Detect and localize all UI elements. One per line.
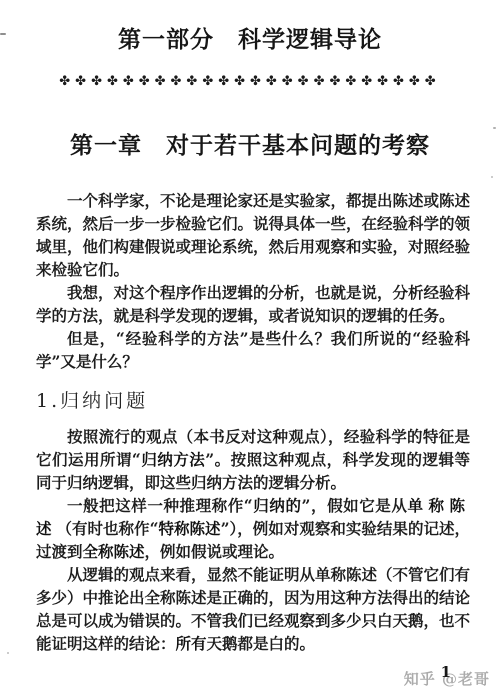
paragraph-4: 按照流行的观点（本书反对这种观点），经验科学的特征是它们运用所谓“归纳方法”。按…: [36, 425, 470, 494]
paragraph-5: 一般把这样一种推理称作“归纳的”，假如它是从单称陈述（有时也称作“特称陈述”），…: [36, 494, 470, 563]
scan-artifact: [491, 176, 493, 178]
paragraph-1: 一个科学家，不论是理论家还是实验家，都提出陈述或陈述系统，然后一步一步检验它们。…: [36, 189, 470, 281]
scan-artifact: [7, 652, 9, 654]
page-number: 1: [441, 663, 451, 681]
chapter-title: 第一章 对于若干基本问题的考察: [0, 130, 500, 162]
body-text: 一个科学家，不论是理论家还是实验家，都提出陈述或陈述系统，然后一步一步检验它们。…: [36, 189, 470, 655]
ornamental-divider: ✤✤✤✤✤✤✤✤✤✤✤✤✤✤✤✤✤✤✤✤✤✤✤✤: [0, 72, 500, 92]
paragraph-3: 但是，“经验科学的方法”是些什么？我们所说的“经验科学”又是什么？: [36, 327, 470, 373]
part-title: 第一部分 科学逻辑导论: [0, 0, 500, 56]
book-page: 第一部分 科学逻辑导论 ✤✤✤✤✤✤✤✤✤✤✤✤✤✤✤✤✤✤✤✤✤✤✤✤ 第一章…: [0, 0, 500, 700]
paragraph-6: 从逻辑的观点来看，显然不能证明从单称陈述（不管它们有多少）中推论出全称陈述是正确…: [36, 563, 470, 655]
scan-artifact: [493, 127, 496, 129]
paragraph-2: 我想，对这个程序作出逻辑的分析，也就是说，分析经验科学的方法，就是科学发现的逻辑…: [36, 281, 470, 327]
scan-artifact: [0, 33, 6, 35]
section-heading-induction-problem: 1.归纳问题: [36, 388, 470, 414]
